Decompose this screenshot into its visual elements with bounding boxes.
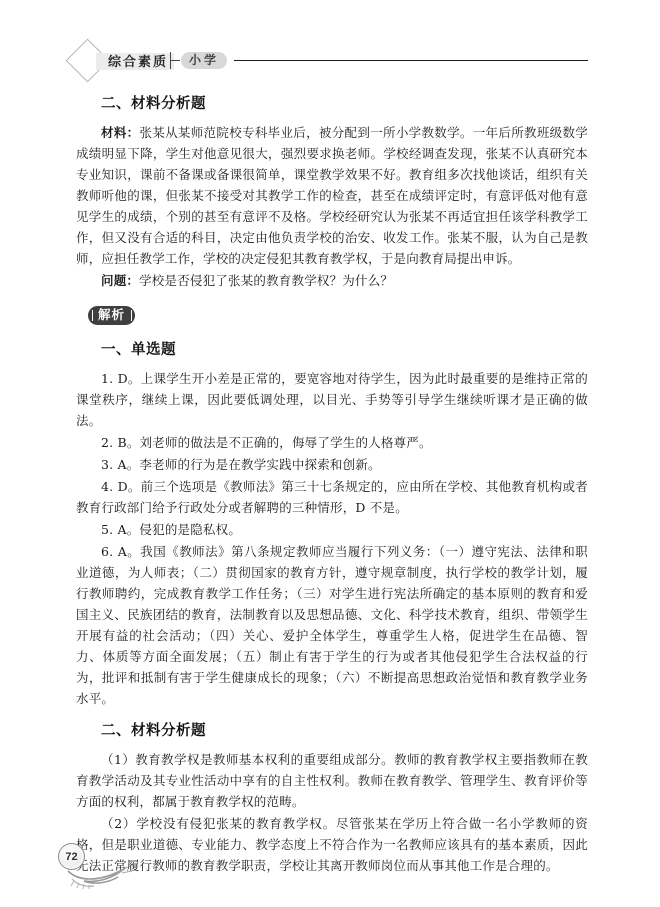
material-paragraph: 材料：张某从某师范院校专科毕业后，被分配到一所小学教数学。一年后所教班级数学成绩… <box>76 122 588 269</box>
analysis-badge-row: 解析 <box>76 291 588 338</box>
question-label: 问题： <box>101 273 139 288</box>
single-choice-heading: 一、单选题 <box>101 338 588 359</box>
page-footer: 72 <box>52 843 162 893</box>
answer-item: 2. B。刘老师的做法是不正确的，侮辱了学生的人格尊严。 <box>76 432 588 453</box>
answer-item: 6. A。我国《教师法》第八条规定教师应当履行下列义务：（一）遵守宪法、法律和职… <box>76 541 588 709</box>
header-rule <box>234 60 588 61</box>
material-label: 材料： <box>101 125 139 140</box>
answer-item: 5. A。侵犯的是隐私权。 <box>76 519 588 540</box>
section-gap <box>76 709 588 719</box>
material-analysis-heading: 二、材料分析题 <box>101 719 588 740</box>
question-section-heading: 二、材料分析题 <box>101 92 588 113</box>
page-number-badge: 72 <box>58 843 85 870</box>
question-paragraph: 问题：学校是否侵犯了张某的教育教学权？为什么？ <box>76 270 588 291</box>
header-subject-label: 综合素质 <box>96 53 174 70</box>
page-content: 二、材料分析题 材料：张某从某师范院校专科毕业后，被分配到一所小学教数学。一年后… <box>76 92 588 876</box>
book-page: 综合素质 小学 二、材料分析题 材料：张某从某师范院校专科毕业后，被分配到一所小… <box>0 0 660 907</box>
question-text: 学校是否侵犯了张某的教育教学权？为什么？ <box>139 273 393 288</box>
answer-item: 4. D。前三个选项是《教师法》第三十七条规定的，应由所在学校、其他教育机构或者… <box>76 476 588 518</box>
analysis-badge: 解析 <box>88 306 135 325</box>
answer-item: 3. A。李老师的行为是在教学实践中探索和创新。 <box>76 454 588 475</box>
analysis-item: （1）教育教学权是教师基本权利的重要组成部分。教师的教育教学权主要指教师在教育教… <box>76 749 588 812</box>
page-header: 综合素质 小学 <box>66 40 588 86</box>
header-level-pill: 小学 <box>181 52 227 69</box>
material-text: 张某从某师范院校专科毕业后，被分配到一所小学教数学。一年后所教班级数学成绩明显下… <box>76 125 588 266</box>
header-separator-dash <box>171 60 180 61</box>
answer-item: 1. D。上课学生开小差是正常的，要宽容地对待学生，因为此时最重要的是维持正常的… <box>76 368 588 431</box>
